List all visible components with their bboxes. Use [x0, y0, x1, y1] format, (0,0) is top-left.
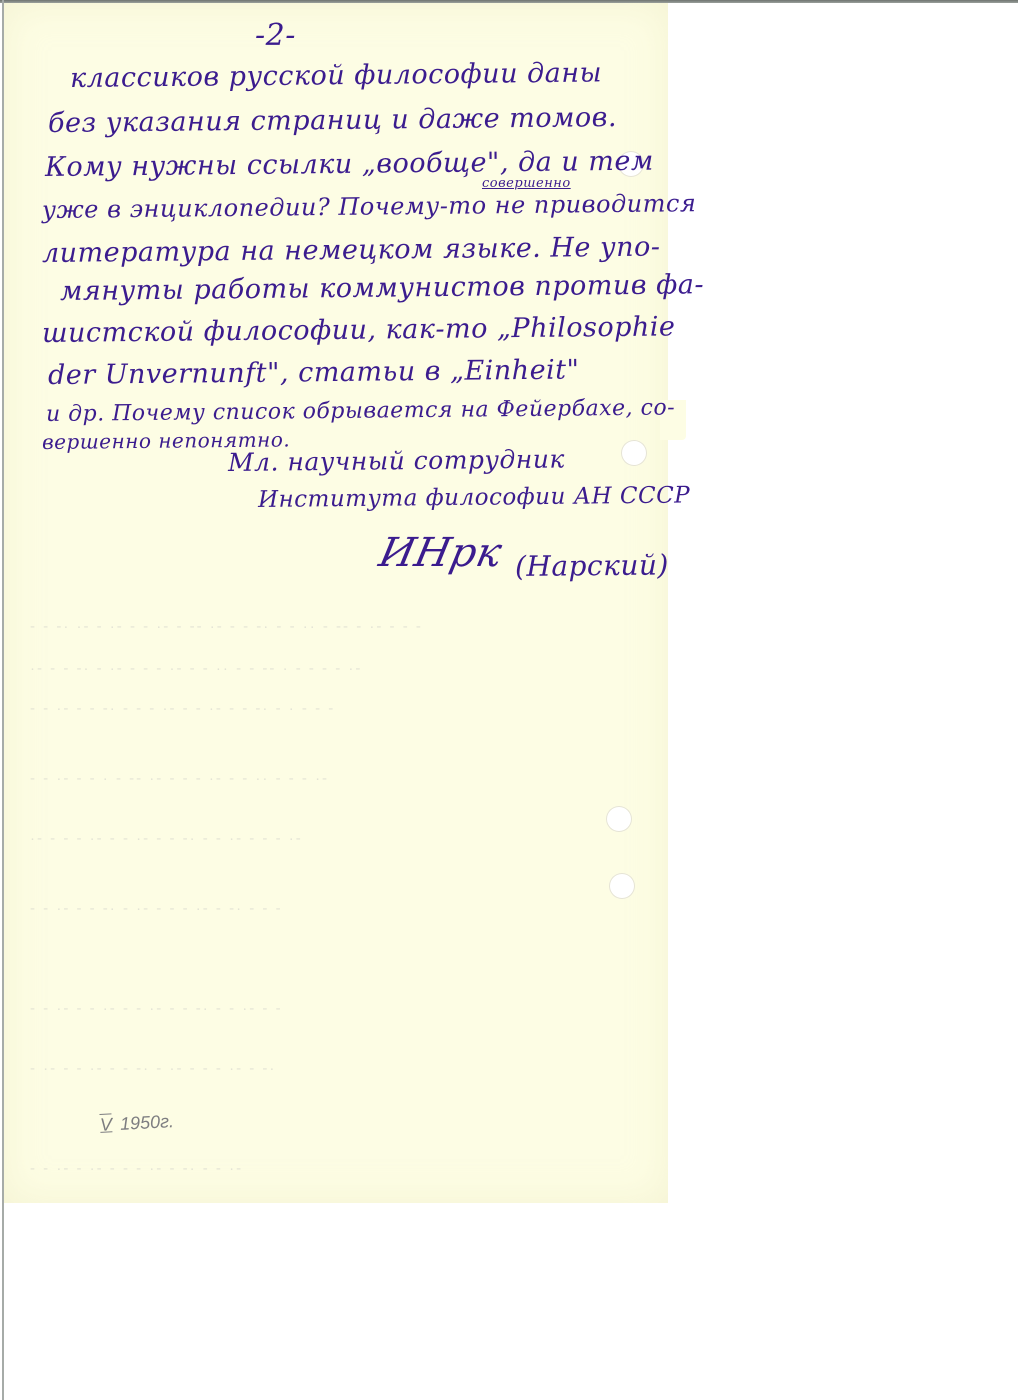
signature-printed-name: (Нарский): [515, 548, 669, 583]
insertion-correction: совершенно: [482, 176, 571, 191]
pencil-date-month: V: [100, 1114, 113, 1135]
closing-institution: Института философии АН СССР: [258, 482, 690, 513]
punch-hole-2: [621, 440, 647, 466]
bleed-through-text: - - -· ·‐ ‐ ·- ‐ - ·‐ - -‐ ·‐ - ‐ -· ‐ -…: [30, 618, 640, 635]
letter-line-7: шистской философии, как-то „Philosophie: [42, 311, 676, 349]
bleed-through-text: - ‐ ·- ‐ - -· ‐ ·‐ - ‐ - ·- ‐ -· ‐ - ‐: [30, 900, 640, 917]
pencil-date-annotation: V1950г.: [100, 1111, 175, 1136]
bleed-through-text: ‐ - ·- ‐ ·‐ - ‐ - ·- ‐ -· ‐ - ·‐: [30, 1160, 640, 1177]
page-number: -2-: [255, 18, 296, 53]
letter-line-8: der Unvernunft", статьи в „Einheit": [48, 354, 580, 391]
punch-hole-3: [606, 806, 632, 832]
letter-line-1: классиков русской философии даны: [70, 57, 602, 94]
bleed-through-text: ·‐ - ‐ - ·‐ ‐ - ·- - ‐ -· ‐ - ·‐ ‐ - ‐ ·…: [30, 830, 640, 847]
signature-scrawl: ИНрк: [375, 530, 506, 576]
bleed-through-text: - ·‐ - ‐ ·- ‐ - -· ‐ ·‐ - ‐ - ·- ‐ -·: [30, 1060, 640, 1077]
pencil-date-year: 1950г.: [119, 1111, 174, 1134]
closing-position: Мл. научный сотрудник: [228, 444, 565, 477]
letter-line-5: литература на немецком языке. Не упо-: [42, 232, 661, 269]
letter-line-2: без указания страниц и даже томов.: [48, 102, 617, 139]
bleed-through-text: ‐ - ·- ‐ - ·‐ ‐ - ·- - ‐ -· ‐ - ·‐ ‐ -: [30, 1000, 640, 1017]
bleed-through-text: ‐ - ·- ‐ - -· ‐ ‐ - ·- ‐ - ·‐ - ‐ -· ‐ ·…: [30, 700, 640, 717]
punch-hole-4: [609, 873, 635, 899]
bleed-through-text: - ‐ ·- ‐ - · ‐ -‐ ·- - ‐ - ·‐ ‐ - ·· ‐ -…: [30, 770, 640, 787]
bleed-through-text: ·‐ - ‐ -· ‐ ·- - ‐ - ·‐ ‐ - ·· ‐ - -‐ · …: [30, 660, 640, 677]
